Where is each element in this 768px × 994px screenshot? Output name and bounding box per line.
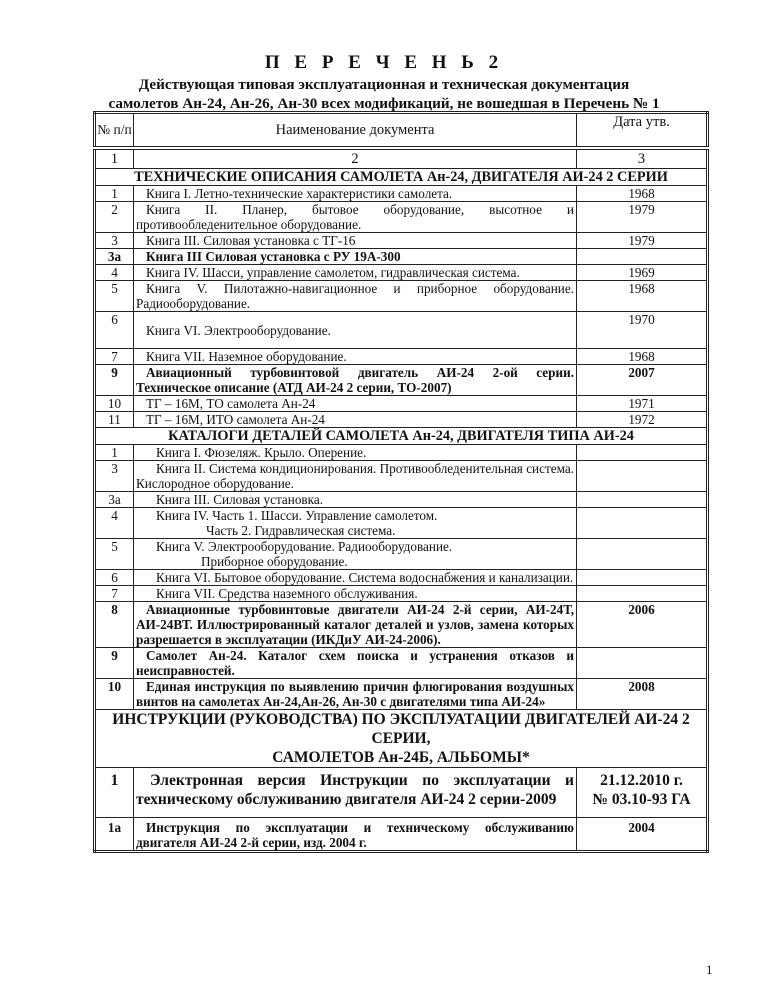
section-title: КАТАЛОГИ ДЕТАЛЕЙ САМОЛЕТА Ан-24, ДВИГАТЕ…: [95, 428, 708, 445]
approval-date: [577, 586, 708, 602]
document-name: Книга I. Фюзеляж. Крыло. Оперение.: [134, 445, 577, 461]
row-number: 1: [95, 768, 134, 818]
row-number: 1а: [95, 818, 134, 852]
table-row: 9Самолет Ан-24. Каталог схем поиска и ус…: [95, 648, 708, 679]
document-name: Книга VI. Бытовое оборудование. Система …: [134, 570, 577, 586]
approval-date: 1968: [577, 186, 708, 202]
approval-date: [577, 539, 708, 570]
approval-date: 1972: [577, 412, 708, 428]
table-row: 6Книга VI. Бытовое оборудование. Система…: [95, 570, 708, 586]
row-number: 10: [95, 396, 134, 412]
row-number: 3: [95, 461, 134, 492]
document-name: Книга V. Электрооборудование. Радиообору…: [134, 539, 577, 570]
document-name: Авиационный турбовинтовой двигатель АИ-2…: [134, 365, 577, 396]
row-number: 6: [95, 570, 134, 586]
approval-date: 1971: [577, 396, 708, 412]
document-name: Единая инструкция по выявлению причин фл…: [134, 679, 577, 710]
page-subtitle: Действующая типовая эксплуатационная и т…: [0, 75, 768, 113]
table-row: 9Авиационный турбовинтовой двигатель АИ-…: [95, 365, 708, 396]
approval-date: 1968: [577, 281, 708, 312]
document-name: ТГ – 16М, ТО самолета Ан-24: [134, 396, 577, 412]
table-row: 3Книга III. Силовая установка с ТГ-16197…: [95, 233, 708, 249]
document-name: Инструкция по эксплуатации и техническом…: [134, 818, 577, 852]
header-num: № п/п: [95, 113, 134, 149]
section-header-row: ИНСТРУКЦИИ (РУКОВОДСТВА) ПО ЭКСПЛУАТАЦИИ…: [95, 710, 708, 768]
table-row: 7Книга VII. Наземное оборудование.1968: [95, 349, 708, 365]
row-number: 5: [95, 539, 134, 570]
row-number: 1: [95, 186, 134, 202]
row-number: 4: [95, 265, 134, 281]
table-row: 8Авиационные турбовинтовые двигатели АИ-…: [95, 602, 708, 648]
section-title: ТЕХНИЧЕСКИЕ ОПИСАНИЯ САМОЛЕТА Ан-24, ДВИ…: [95, 169, 708, 186]
document-name: Книга V. Пилотажно-навигационное и прибо…: [134, 281, 577, 312]
approval-date: [577, 249, 708, 265]
approval-date: [577, 570, 708, 586]
approval-date: 2007: [577, 365, 708, 396]
column-number-2: 2: [134, 148, 577, 169]
documents-table-container: № п/п Наименование документа Дата утв. 1…: [93, 111, 706, 853]
table-row: 6Книга VI. Электрооборудование.1970: [95, 312, 708, 349]
row-number: 6: [95, 312, 134, 349]
document-name: Книга IV. Шасси, управление самолетом, г…: [134, 265, 577, 281]
table-row: 10Единая инструкция по выявлению причин …: [95, 679, 708, 710]
subtitle-line-1: Действующая типовая эксплуатационная и т…: [0, 75, 768, 94]
section-title-line-1: ИНСТРУКЦИИ (РУКОВОДСТВА) ПО ЭКСПЛУАТАЦИИ…: [99, 710, 703, 748]
table-row: 4Книга IV. Часть 1. Шасси. Управление са…: [95, 508, 708, 539]
approval-date-line-2: № 03.10-93 ГА: [580, 790, 703, 809]
header-name: Наименование документа: [134, 113, 577, 149]
row-number: 3а: [95, 492, 134, 508]
document-name-line-1: Книга IV. Часть 1. Шасси. Управление сам…: [156, 508, 437, 523]
approval-date: 2004: [577, 818, 708, 852]
approval-date: [577, 492, 708, 508]
section-title: ИНСТРУКЦИИ (РУКОВОДСТВА) ПО ЭКСПЛУАТАЦИИ…: [95, 710, 708, 768]
approval-date: 2008: [577, 679, 708, 710]
header-date: Дата утв.: [577, 113, 708, 149]
approval-date: [577, 461, 708, 492]
approval-date: [577, 648, 708, 679]
document-name: Электронная версия Инструкции по эксплуа…: [134, 768, 577, 818]
row-number: 9: [95, 365, 134, 396]
table-row: 2Книга II. Планер, бытовое оборудование,…: [95, 202, 708, 233]
approval-date: 1979: [577, 202, 708, 233]
approval-date: [577, 508, 708, 539]
table-row: 5Книга V. Электрооборудование. Радиообор…: [95, 539, 708, 570]
table-header-row: № п/п Наименование документа Дата утв.: [95, 113, 708, 149]
document-name: Книга I. Летно-технические характеристик…: [134, 186, 577, 202]
column-number-1: 1: [95, 148, 134, 169]
row-number: 2: [95, 202, 134, 233]
document-name: Книга VII. Наземное оборудование.: [134, 349, 577, 365]
row-number: 7: [95, 349, 134, 365]
table-row: 3аКнига III. Силовая установка.: [95, 492, 708, 508]
column-number-3: 3: [577, 148, 708, 169]
section-header-row: КАТАЛОГИ ДЕТАЛЕЙ САМОЛЕТА Ан-24, ДВИГАТЕ…: [95, 428, 708, 445]
document-name: Книга VII. Средства наземного обслуживан…: [134, 586, 577, 602]
table-row: 7Книга VII. Средства наземного обслужива…: [95, 586, 708, 602]
row-number: 1: [95, 445, 134, 461]
row-number: 9: [95, 648, 134, 679]
document-name: Книга II. Планер, бытовое оборудование, …: [134, 202, 577, 233]
section-header-row: ТЕХНИЧЕСКИЕ ОПИСАНИЯ САМОЛЕТА Ан-24, ДВИ…: [95, 169, 708, 186]
document-name-line-2: Приборное оборудование.: [136, 554, 574, 569]
approval-date: 1970: [577, 312, 708, 349]
table-row: 1Книга I. Летно-технические характеристи…: [95, 186, 708, 202]
approval-date: 1968: [577, 349, 708, 365]
document-name: Авиационные турбовинтовые двигатели АИ-2…: [134, 602, 577, 648]
row-number: 3: [95, 233, 134, 249]
approval-date: 21.12.2010 г.№ 03.10-93 ГА: [577, 768, 708, 818]
document-name: Книга III. Силовая установка с ТГ-16: [134, 233, 577, 249]
table-row: 4Книга IV. Шасси, управление самолетом, …: [95, 265, 708, 281]
table-row: 3аКнига III Силовая установка с РУ 19А-3…: [95, 249, 708, 265]
row-number: 4: [95, 508, 134, 539]
document-name: Книга II. Система кондиционирования. Про…: [134, 461, 577, 492]
approval-date-line-1: 21.12.2010 г.: [580, 771, 703, 790]
document-name-line-2: Часть 2. Гидравлическая система.: [136, 523, 574, 538]
table-row: 1аИнструкция по эксплуатации и техническ…: [95, 818, 708, 852]
document-name: Самолет Ан-24. Каталог схем поиска и уст…: [134, 648, 577, 679]
document-name: Книга IV. Часть 1. Шасси. Управление сам…: [134, 508, 577, 539]
table-row: 5Книга V. Пилотажно-навигационное и приб…: [95, 281, 708, 312]
approval-date: 1969: [577, 265, 708, 281]
column-number-row: 1 2 3: [95, 148, 708, 169]
row-number: 8: [95, 602, 134, 648]
section-title-line-2: САМОЛЕТОВ Ан-24Б, АЛЬБОМЫ*: [99, 748, 703, 767]
document-name: Книга III Силовая установка с РУ 19А-300: [134, 249, 577, 265]
table-row: 3Книга II. Система кондиционирования. Пр…: [95, 461, 708, 492]
document-name: Книга III. Силовая установка.: [134, 492, 577, 508]
page-number: 1: [706, 962, 713, 978]
table-row: 1Электронная версия Инструкции по эксплу…: [95, 768, 708, 818]
row-number: 3а: [95, 249, 134, 265]
row-number: 5: [95, 281, 134, 312]
approval-date: 1979: [577, 233, 708, 249]
table-row: 1Книга I. Фюзеляж. Крыло. Оперение.: [95, 445, 708, 461]
document-name: ТГ – 16М, ИТО самолета Ан-24: [134, 412, 577, 428]
table-row: 10ТГ – 16М, ТО самолета Ан-241971: [95, 396, 708, 412]
row-number: 7: [95, 586, 134, 602]
approval-date: 2006: [577, 602, 708, 648]
page-title: П Е Р Е Ч Е Н Ь 2: [0, 52, 768, 74]
document-name: Книга VI. Электрооборудование.: [134, 312, 577, 349]
document-name-line-1: Книга V. Электрооборудование. Радиообору…: [156, 539, 452, 554]
table-row: 11ТГ – 16М, ИТО самолета Ан-241972: [95, 412, 708, 428]
row-number: 10: [95, 679, 134, 710]
row-number: 11: [95, 412, 134, 428]
approval-date: [577, 445, 708, 461]
documents-table: № п/п Наименование документа Дата утв. 1…: [93, 111, 709, 853]
